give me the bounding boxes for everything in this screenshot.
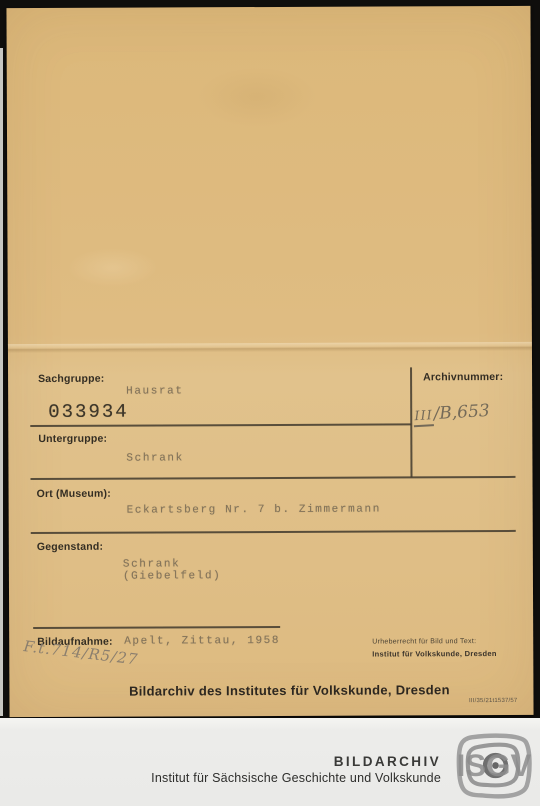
inventory-number: 033934	[48, 401, 129, 423]
card-fold-crease	[8, 342, 532, 353]
archivnummer-label: Archivnummer:	[423, 371, 503, 383]
rule-under-inventory-number	[30, 423, 411, 426]
archive-index-card: Sachgruppe: Hausrat 033934 Archivnummer:…	[6, 6, 533, 717]
gegenstand-value-line2: (Giebelfeld)	[123, 570, 221, 582]
scanner-edge-artifact	[0, 48, 3, 716]
sachgruppe-value: Hausrat	[126, 385, 183, 397]
untergruppe-label: Untergruppe:	[38, 433, 107, 445]
institute-footer-text: BILDARCHIV Institut für Sächsische Gesch…	[151, 755, 441, 785]
gegenstand-value-line1: Schrank	[123, 558, 180, 570]
institute-footer-bar: BILDARCHIV Institut für Sächsische Gesch…	[0, 718, 540, 806]
ort-museum-value: Eckartsberg Nr. 7 b. Zimmermann	[127, 504, 381, 517]
print-permit-code: III/35/21t1537/57	[469, 698, 517, 704]
card-institute-title: Bildarchiv des Institutes für Volkskunde…	[69, 682, 509, 699]
sachgruppe-label: Sachgruppe:	[38, 373, 104, 385]
archivnummer-value: III/B,653	[413, 399, 524, 425]
paper-stain	[68, 247, 158, 287]
isgv-logo-icon: ISGV	[453, 731, 535, 803]
scanned-archive-card-page: { "labels": { "sachgruppe": "Sachgruppe:…	[0, 0, 540, 806]
archivnummer-rest: /B,653	[433, 401, 490, 424]
archivnummer-roman: III	[413, 408, 434, 427]
institute-subtitle: Institut für Sächsische Geschichte und V…	[151, 771, 441, 785]
copyright-line1: Urheberrecht für Bild und Text:	[372, 638, 476, 645]
bildarchiv-title: BILDARCHIV	[151, 755, 441, 770]
rule-full-width	[31, 476, 516, 480]
copyright-line2: Institut für Volkskunde, Dresden	[372, 649, 497, 659]
gegenstand-label: Gegenstand:	[37, 541, 103, 553]
rule-above-bildaufnahme	[33, 626, 280, 629]
paper-stain	[197, 67, 317, 128]
rule-under-ort	[31, 530, 516, 534]
archivnummer-divider	[410, 367, 412, 477]
ort-museum-label: Ort (Museum):	[37, 488, 111, 500]
logo-letters: ISGV	[457, 748, 532, 783]
bildaufnahme-value: Apelt, Zittau, 1958	[124, 635, 280, 648]
untergruppe-value: Schrank	[126, 452, 183, 464]
